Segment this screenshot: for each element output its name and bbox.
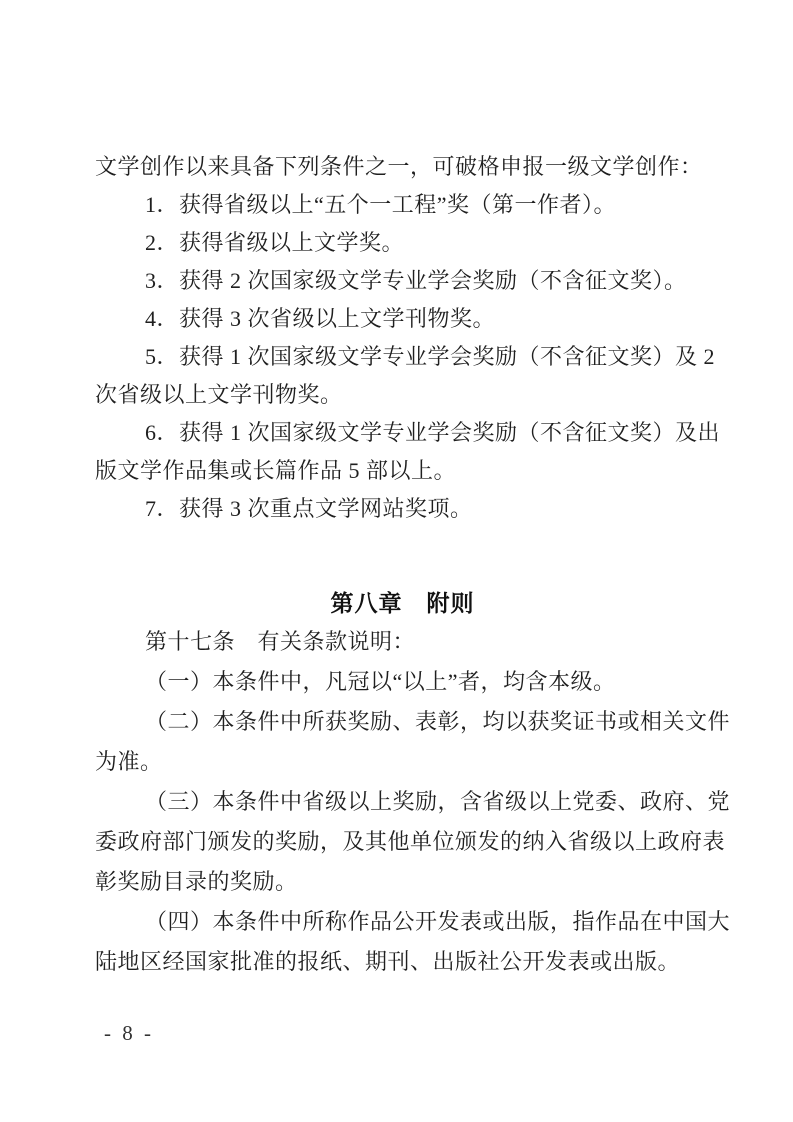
list-item: 5．获得 1 次国家级文学专业学会奖励（不含征文奖）及 2 — [95, 338, 710, 376]
chapter-heading: 第八章 附则 — [95, 584, 710, 622]
body-line: 陆地区经国家批准的报纸、期刊、出版社公开发表或出版。 — [95, 942, 710, 982]
body-line: 委政府部门颁发的奖励，及其他单位颁发的纳入省级以上政府表 — [95, 822, 710, 862]
section-gap — [95, 528, 710, 584]
list-item: 6．获得 1 次国家级文学专业学会奖励（不含征文奖）及出 — [95, 414, 710, 452]
clause-line: （三）本条件中省级以上奖励，含省级以上党委、政府、党 — [95, 782, 710, 822]
body-line: 彰奖励目录的奖励。 — [95, 862, 710, 902]
body-line: 版文学作品集或长篇作品 5 部以上。 — [95, 452, 710, 490]
list-item: 3．获得 2 次国家级文学专业学会奖励（不含征文奖）。 — [95, 262, 710, 300]
list-item: 7．获得 3 次重点文学网站奖项。 — [95, 490, 710, 528]
article-title: 第十七条 有关条款说明： — [95, 622, 710, 662]
page-number: - 8 - — [104, 1014, 154, 1052]
document-page: 文学创作以来具备下列条件之一，可破格申报一级文学创作： 1．获得省级以上“五个一… — [0, 0, 793, 1122]
clause-line: （一）本条件中，凡冠以“以上”者，均含本级。 — [95, 662, 710, 702]
body-line: 为准。 — [95, 742, 710, 782]
body-line: 文学创作以来具备下列条件之一，可破格申报一级文学创作： — [95, 148, 710, 186]
appendix-section: 第十七条 有关条款说明： （一）本条件中，凡冠以“以上”者，均含本级。 （二）本… — [95, 622, 710, 982]
page-body: 文学创作以来具备下列条件之一，可破格申报一级文学创作： 1．获得省级以上“五个一… — [95, 148, 710, 982]
conditions-section: 文学创作以来具备下列条件之一，可破格申报一级文学创作： 1．获得省级以上“五个一… — [95, 148, 710, 528]
list-item: 2．获得省级以上文学奖。 — [95, 224, 710, 262]
clause-line: （四）本条件中所称作品公开发表或出版，指作品在中国大 — [95, 902, 710, 942]
list-item: 1．获得省级以上“五个一工程”奖（第一作者）。 — [95, 186, 710, 224]
list-item: 4．获得 3 次省级以上文学刊物奖。 — [95, 300, 710, 338]
body-line: 次省级以上文学刊物奖。 — [95, 376, 710, 414]
clause-line: （二）本条件中所获奖励、表彰，均以获奖证书或相关文件 — [95, 702, 710, 742]
